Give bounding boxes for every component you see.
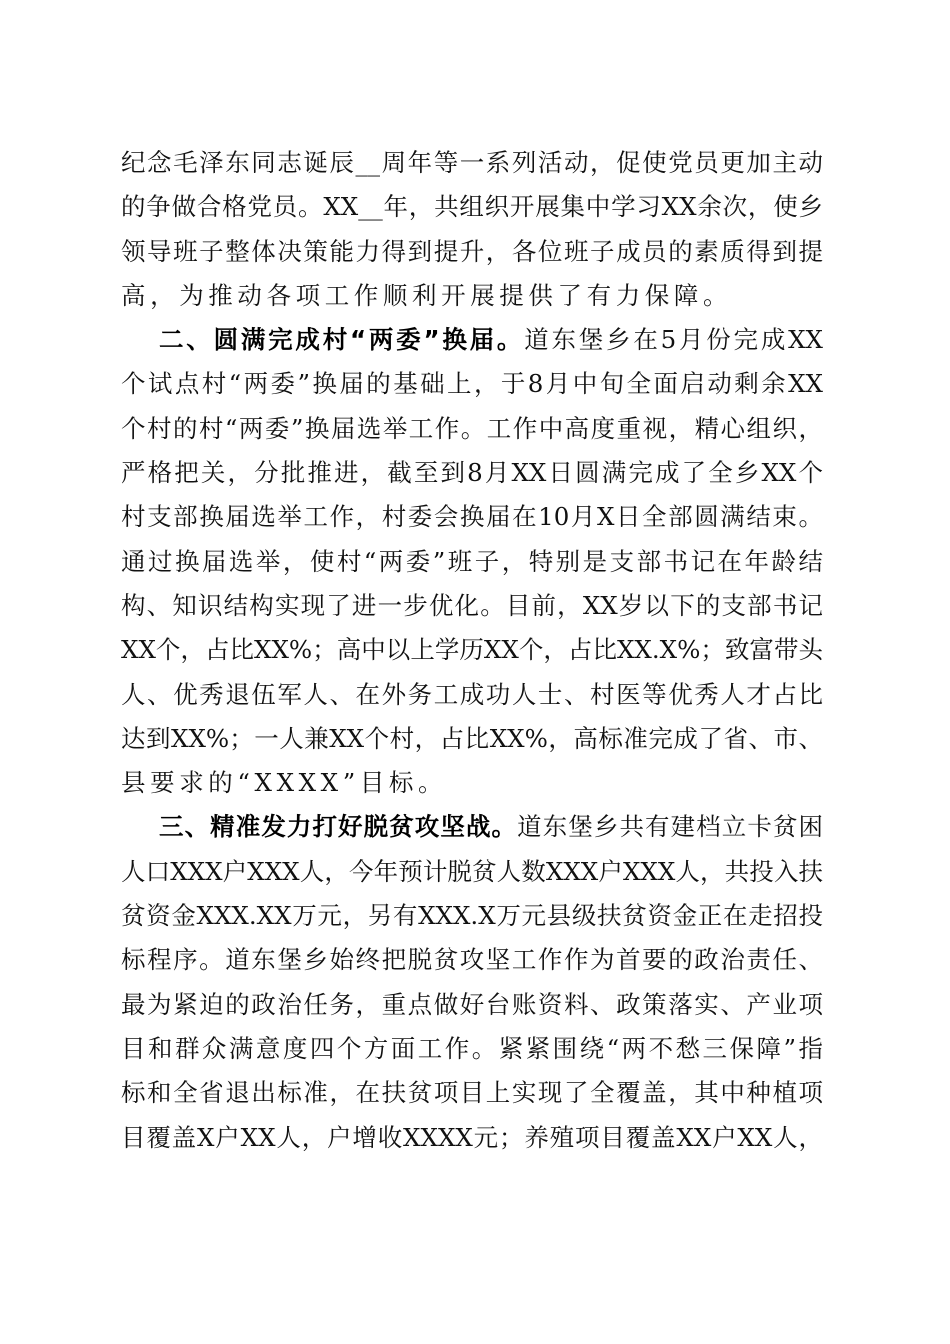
text-line: 通过换届选举，使村“两委”班子，特别是支部书记在年龄结 xyxy=(121,545,823,589)
text-run: 道东堡乡共有建档立卡贫困 xyxy=(517,812,823,841)
text-line: 纪念毛泽东同志诞辰__周年等一系列活动，促使党员更加主动 xyxy=(121,146,823,190)
text-line: 最为紧迫的政治任务，重点做好台账资料、政策落实、产业项 xyxy=(121,988,823,1032)
text-line: 人口XXX户XXX人，今年预计脱贫人数XXX户XXX人，共投入扶 xyxy=(121,855,823,899)
text-line: 贫资金XXX.XX万元，另有XXX.X万元县级扶贫资金正在走招投 xyxy=(121,899,823,943)
text-line: 领导班子整体决策能力得到提升，各位班子成员的素质得到提 xyxy=(121,235,823,279)
text-line: 达到XX%；一人兼XX个村，占比XX%，高标准完成了省、市、 xyxy=(121,722,823,766)
text-line: 县要求的“XXXX”目标。 xyxy=(121,766,823,810)
section-heading: 二、圆满完成村“两委”换届。 xyxy=(159,325,524,354)
section-heading: 三、精准发力打好脱贫攻坚战。 xyxy=(159,812,517,841)
text-line: 个试点村“两委”换届的基础上，于8月中旬全面启动剩余XX xyxy=(121,367,823,411)
document-page: 纪念毛泽东同志诞辰__周年等一系列活动，促使党员更加主动 的争做合格党员。XX_… xyxy=(0,0,950,1344)
paragraph-village-committee-election: 二、圆满完成村“两委”换届。道东堡乡在5月份完成XX 个试点村“两委”换届的基础… xyxy=(121,323,823,810)
document-body: 纪念毛泽东同志诞辰__周年等一系列活动，促使党员更加主动 的争做合格党员。XX_… xyxy=(121,146,823,1165)
text-line: 目和群众满意度四个方面工作。紧紧围绕“两不愁三保障”指 xyxy=(121,1032,823,1076)
text-line: 标程序。道东堡乡始终把脱贫攻坚工作作为首要的政治责任、 xyxy=(121,943,823,987)
text-line: 高，为推动各项工作顺利开展提供了有力保障。 xyxy=(121,279,823,323)
text-run: 道东堡乡在5月份完成XX xyxy=(524,325,823,354)
text-line: XX个，占比XX%；高中以上学历XX个，占比XX.X%；致富带头 xyxy=(121,633,823,677)
text-line: 个村的村“两委”换届选举工作。工作中高度重视，精心组织， xyxy=(121,412,823,456)
text-line: 三、精准发力打好脱贫攻坚战。道东堡乡共有建档立卡贫困 xyxy=(121,810,823,854)
text-line: 村支部换届选举工作，村委会换届在10月X日全部圆满结束。 xyxy=(121,500,823,544)
text-line: 的争做合格党员。XX__年，共组织开展集中学习XX余次，使乡 xyxy=(121,190,823,234)
text-line: 构、知识结构实现了进一步优化。目前，XX岁以下的支部书记 xyxy=(121,589,823,633)
paragraph-poverty-alleviation: 三、精准发力打好脱贫攻坚战。道东堡乡共有建档立卡贫困 人口XXX户XXX人，今年… xyxy=(121,810,823,1164)
text-line: 二、圆满完成村“两委”换届。道东堡乡在5月份完成XX xyxy=(121,323,823,367)
text-line: 目覆盖X户XX人，户增收XXXX元；养殖项目覆盖XX户XX人， xyxy=(121,1121,823,1165)
text-line: 人、优秀退伍军人、在外务工成功人士、村医等优秀人才占比 xyxy=(121,678,823,722)
text-line: 严格把关，分批推进，截至到8月XX日圆满完成了全乡XX个 xyxy=(121,456,823,500)
text-line: 标和全省退出标准，在扶贫项目上实现了全覆盖，其中种植项 xyxy=(121,1076,823,1120)
paragraph-party-study: 纪念毛泽东同志诞辰__周年等一系列活动，促使党员更加主动 的争做合格党员。XX_… xyxy=(121,146,823,323)
